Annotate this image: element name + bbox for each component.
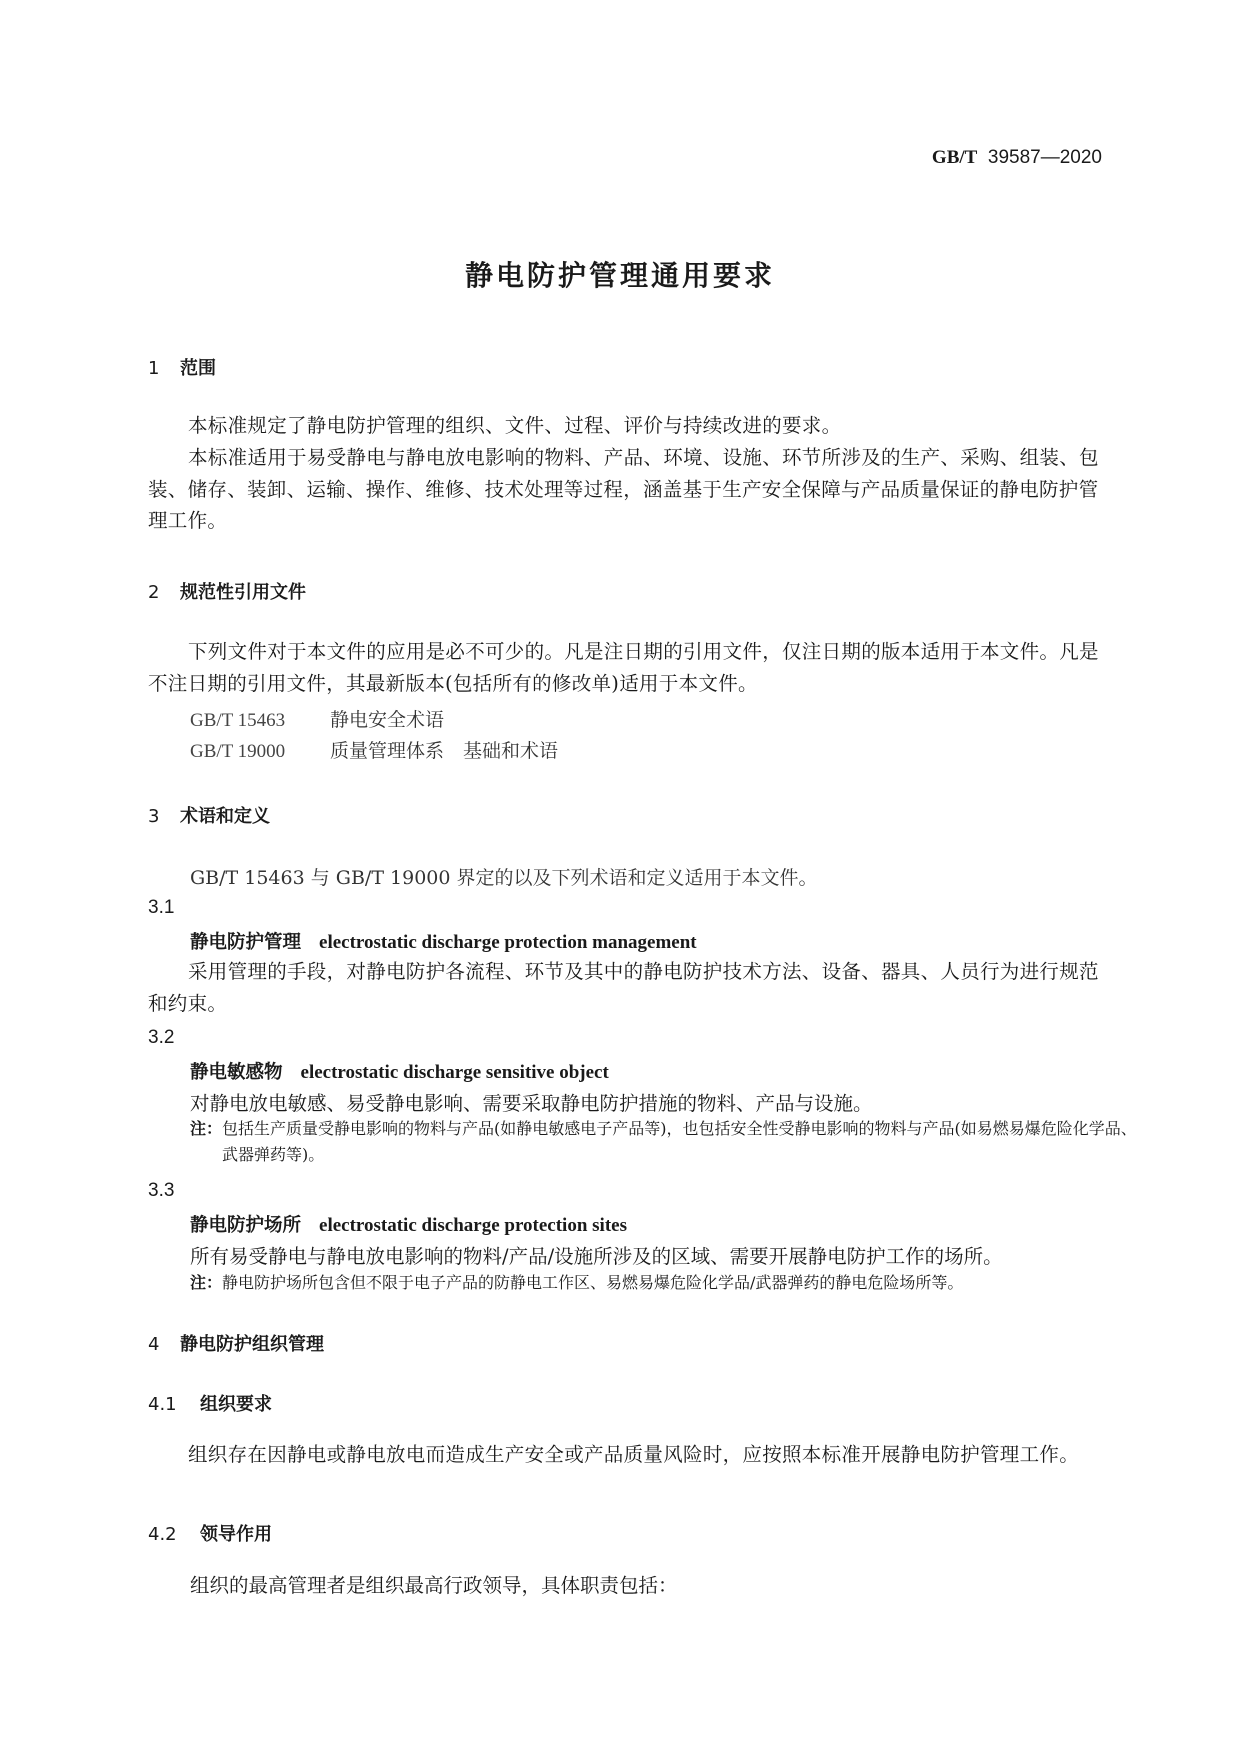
section-1-heading: 1范围 bbox=[148, 354, 216, 380]
section-number: 1 bbox=[148, 358, 180, 379]
section-4-1-heading: 4.1组织要求 bbox=[148, 1390, 272, 1416]
term-note: 注：包括生产质量受静电影响的物料与产品(如静电敏感电子产品等)，也包括安全性受静… bbox=[190, 1116, 1138, 1168]
note-text: 包括生产质量受静电影响的物料与产品(如静电敏感电子产品等)，也包括安全性受静电影… bbox=[222, 1119, 1137, 1164]
section-number: 4.2 bbox=[148, 1524, 200, 1545]
term-heading: 静电防护管理electrostatic discharge protection… bbox=[190, 928, 697, 954]
section-4-heading: 4静电防护组织管理 bbox=[148, 1330, 324, 1356]
section-number: 2 bbox=[148, 582, 180, 603]
note-label: 注： bbox=[190, 1273, 222, 1292]
standard-prefix: GB/T bbox=[932, 147, 977, 168]
term-heading: 静电防护场所electrostatic discharge protection… bbox=[190, 1211, 627, 1237]
term-en: electrostatic discharge protection sites bbox=[319, 1215, 627, 1236]
standard-code: GB/T 39587—2020 bbox=[932, 147, 1102, 169]
note-text: 静电防护场所包含但不限于电子产品的防静电工作区、易燃易爆危险化学品/武器弹药的静… bbox=[222, 1273, 963, 1292]
reference-title: 静电安全术语 bbox=[330, 709, 444, 731]
section-number: 3 bbox=[148, 806, 180, 827]
term-zh: 静电敏感物 bbox=[190, 1062, 283, 1083]
reference-item: GB/T 15463静电安全术语 bbox=[190, 705, 444, 732]
section-title: 范围 bbox=[180, 358, 216, 379]
document-title: 静电防护管理通用要求 bbox=[0, 254, 1240, 294]
section-title: 规范性引用文件 bbox=[180, 582, 306, 603]
section-title: 静电防护组织管理 bbox=[180, 1334, 324, 1355]
reference-title: 质量管理体系 基础和术语 bbox=[330, 740, 558, 762]
term-en: electrostatic discharge protection manag… bbox=[319, 932, 697, 953]
section-title: 术语和定义 bbox=[180, 806, 270, 827]
note-label: 注： bbox=[190, 1119, 222, 1138]
section-number: 4.1 bbox=[148, 1394, 200, 1415]
term-heading: 静电敏感物electrostatic discharge sensitive o… bbox=[190, 1058, 609, 1084]
term-en: electrostatic discharge sensitive object bbox=[301, 1062, 609, 1083]
term-number: 3.2 bbox=[148, 1027, 174, 1049]
term-number: 3.3 bbox=[148, 1180, 174, 1202]
term-definition: 所有易受静电与静电放电影响的物料/产品/设施所涉及的区域、需要开展静电防护工作的… bbox=[190, 1241, 1003, 1269]
term-number: 3.1 bbox=[148, 897, 174, 919]
term-definition: 采用管理的手段，对静电防护各流程、环节及其中的静电防护技术方法、设备、器具、人员… bbox=[148, 956, 1106, 1019]
section-2-heading: 2规范性引用文件 bbox=[148, 578, 306, 604]
section-title: 领导作用 bbox=[200, 1524, 272, 1545]
section-number: 4 bbox=[148, 1334, 180, 1355]
term-note: 注：静电防护场所包含但不限于电子产品的防静电工作区、易燃易爆危险化学品/武器弹药… bbox=[190, 1270, 1138, 1296]
section-4-2-heading: 4.2领导作用 bbox=[148, 1520, 272, 1546]
reference-code: GB/T 19000 bbox=[190, 741, 330, 763]
section-4-1-paragraph: 组织存在因静电或静电放电而造成生产安全或产品质量风险时，应按照本标准开展静电防护… bbox=[148, 1439, 1106, 1471]
reference-code: GB/T 15463 bbox=[190, 710, 330, 732]
term-definition: 对静电放电敏感、易受静电影响、需要采取静电防护措施的物料、产品与设施。 bbox=[190, 1088, 873, 1116]
section-4-2-paragraph: 组织的最高管理者是组织最高行政领导，具体职责包括： bbox=[190, 1570, 678, 1598]
term-zh: 静电防护场所 bbox=[190, 1215, 301, 1236]
standard-number: 39587—2020 bbox=[988, 147, 1102, 168]
section-3-intro: GB/T 15463 与 GB/T 19000 界定的以及下列术语和定义适用于本… bbox=[190, 863, 818, 890]
section-1-paragraph-2: 本标准适用于易受静电与静电放电影响的物料、产品、环境、设施、环节所涉及的生产、采… bbox=[148, 442, 1106, 537]
reference-item: GB/T 19000质量管理体系 基础和术语 bbox=[190, 736, 558, 763]
section-title: 组织要求 bbox=[200, 1394, 272, 1415]
section-2-paragraph: 下列文件对于本文件的应用是必不可少的。凡是注日期的引用文件，仅注日期的版本适用于… bbox=[148, 636, 1106, 699]
section-1-paragraph-1: 本标准规定了静电防护管理的组织、文件、过程、评价与持续改进的要求。 bbox=[148, 410, 1106, 442]
term-zh: 静电防护管理 bbox=[190, 932, 301, 953]
section-3-heading: 3术语和定义 bbox=[148, 802, 270, 828]
